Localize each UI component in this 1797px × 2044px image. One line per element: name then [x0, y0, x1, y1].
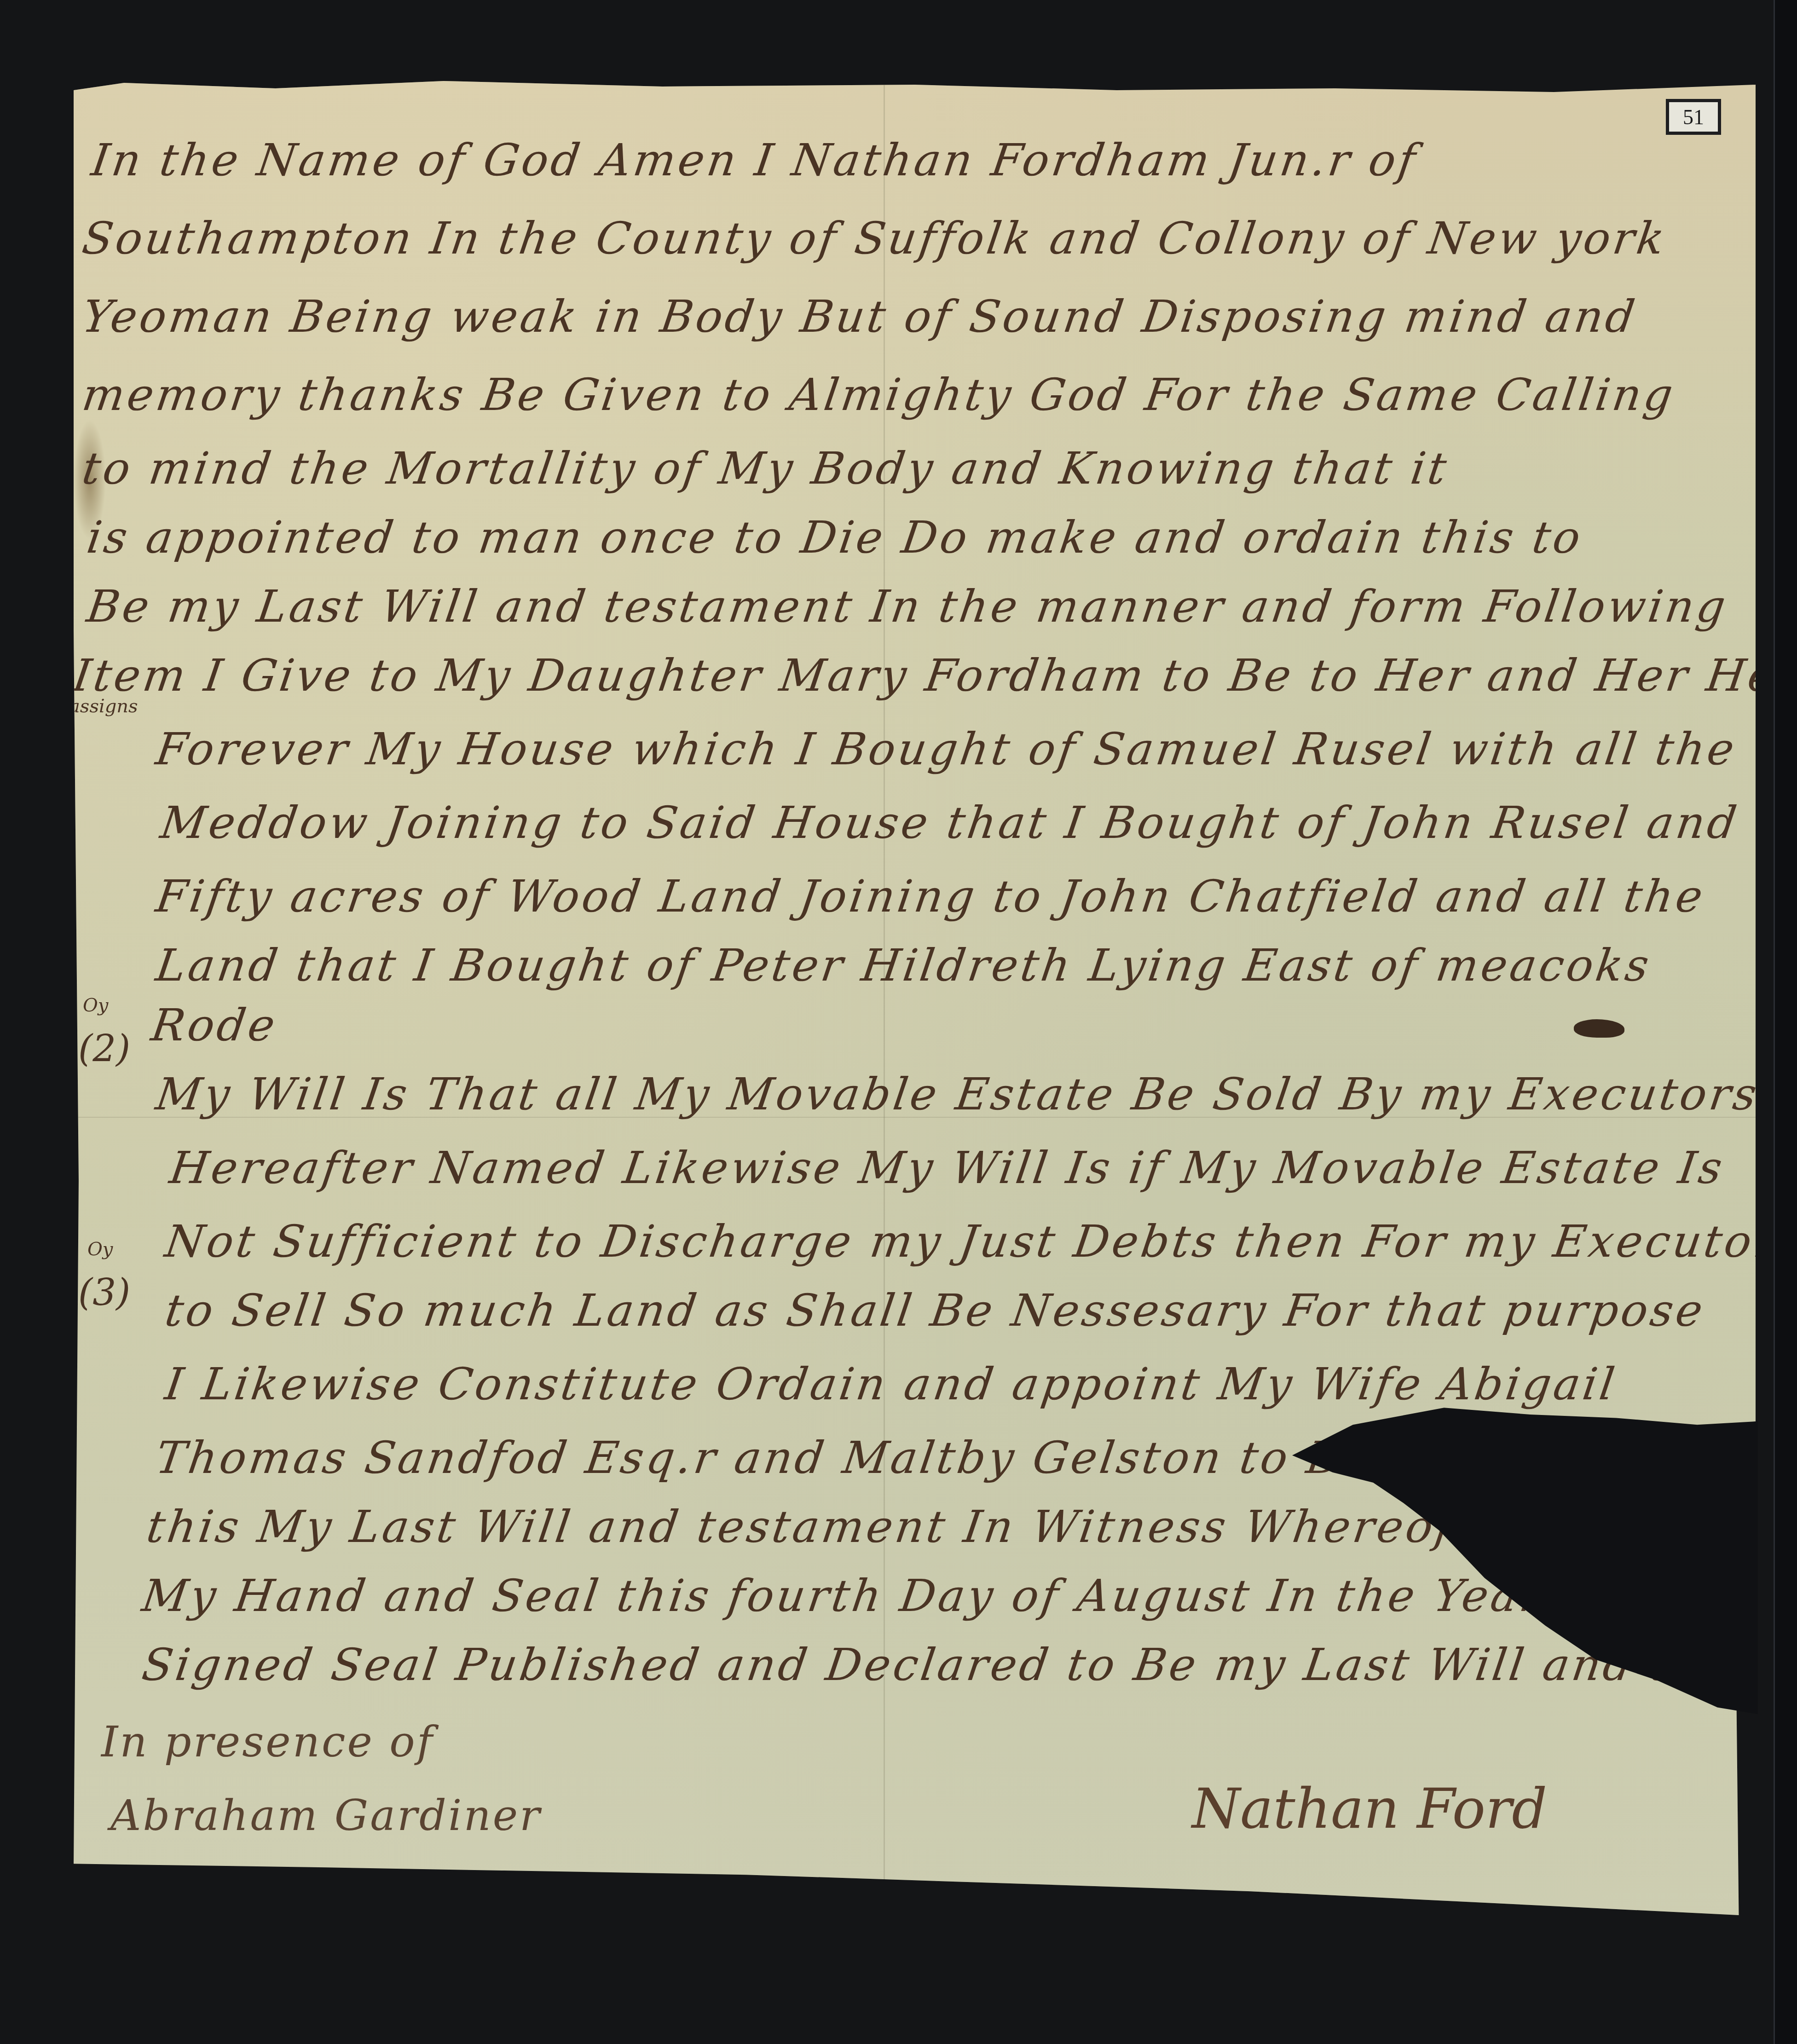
- text-line: memory thanks Be Given to Almighty God F…: [79, 369, 1679, 421]
- text-line: Meddow Joining to Said House that I Boug…: [157, 797, 1742, 849]
- ink-blot: [1574, 1019, 1624, 1038]
- margin-note-para2-super: Oy: [83, 995, 108, 1016]
- witness-name: Mary Gelston: [110, 1934, 422, 1983]
- text-line: Be my Last Will and testament In the man…: [84, 581, 1731, 632]
- text-line: In the Name of God Amen I Nathan Fordham…: [88, 134, 1421, 186]
- text-line: to mind the Mortallity of My Body and Kn…: [79, 443, 1452, 494]
- text-line: Rode: [148, 999, 281, 1051]
- text-line: Hereafter Named Likewise My Will Is if M…: [167, 1142, 1728, 1194]
- text-line: Fifty acres of Wood Land Joining to John…: [153, 871, 1709, 922]
- text-line: Signed Seal Published and Declared to Be…: [139, 1639, 1797, 1691]
- text-line: Yeoman Being weak in Body But of Sound D…: [79, 291, 1641, 342]
- text-line: Forever My House which I Bought of Samue…: [153, 723, 1740, 775]
- paragraph-number-2: (2): [78, 1027, 130, 1070]
- text-line: I Likewise Constitute Ordain and appoint…: [162, 1358, 1620, 1410]
- text-line: is appointed to man once to Die Do make …: [84, 512, 1586, 563]
- page-number-label: 51: [1666, 99, 1721, 135]
- paragraph-number-3: (3): [78, 1271, 130, 1314]
- attestation-label: In presence of: [101, 1717, 434, 1767]
- margin-note-para3-super: Oy: [87, 1239, 113, 1260]
- text-line: Land that I Bought of Peter Hildreth Lyi…: [153, 940, 1655, 991]
- witness-name: Abraham Gardiner: [110, 1791, 542, 1840]
- text-line: Item I Give to My Daughter Mary Fordham …: [70, 650, 1797, 701]
- text-line: My Will Is That all My Movable Estate Be…: [153, 1068, 1762, 1120]
- text-line: to Sell So much Land as Shall Be Nessesa…: [162, 1285, 1709, 1336]
- text-line: Not Sufficient to Discharge my Just Debt…: [162, 1216, 1797, 1267]
- scan-frame-edge: [1774, 0, 1797, 2044]
- witness-name: Nath.l Huntling Jun.r: [87, 1865, 582, 1914]
- testator-signature: Nathan Ford: [1192, 1777, 1547, 1841]
- margin-note-assigns: assigns: [69, 696, 138, 717]
- manuscript-page: In the Name of God Amen I Nathan Fordham…: [74, 79, 1756, 1915]
- text-line: Southampton In the County of Suffolk and…: [79, 213, 1670, 264]
